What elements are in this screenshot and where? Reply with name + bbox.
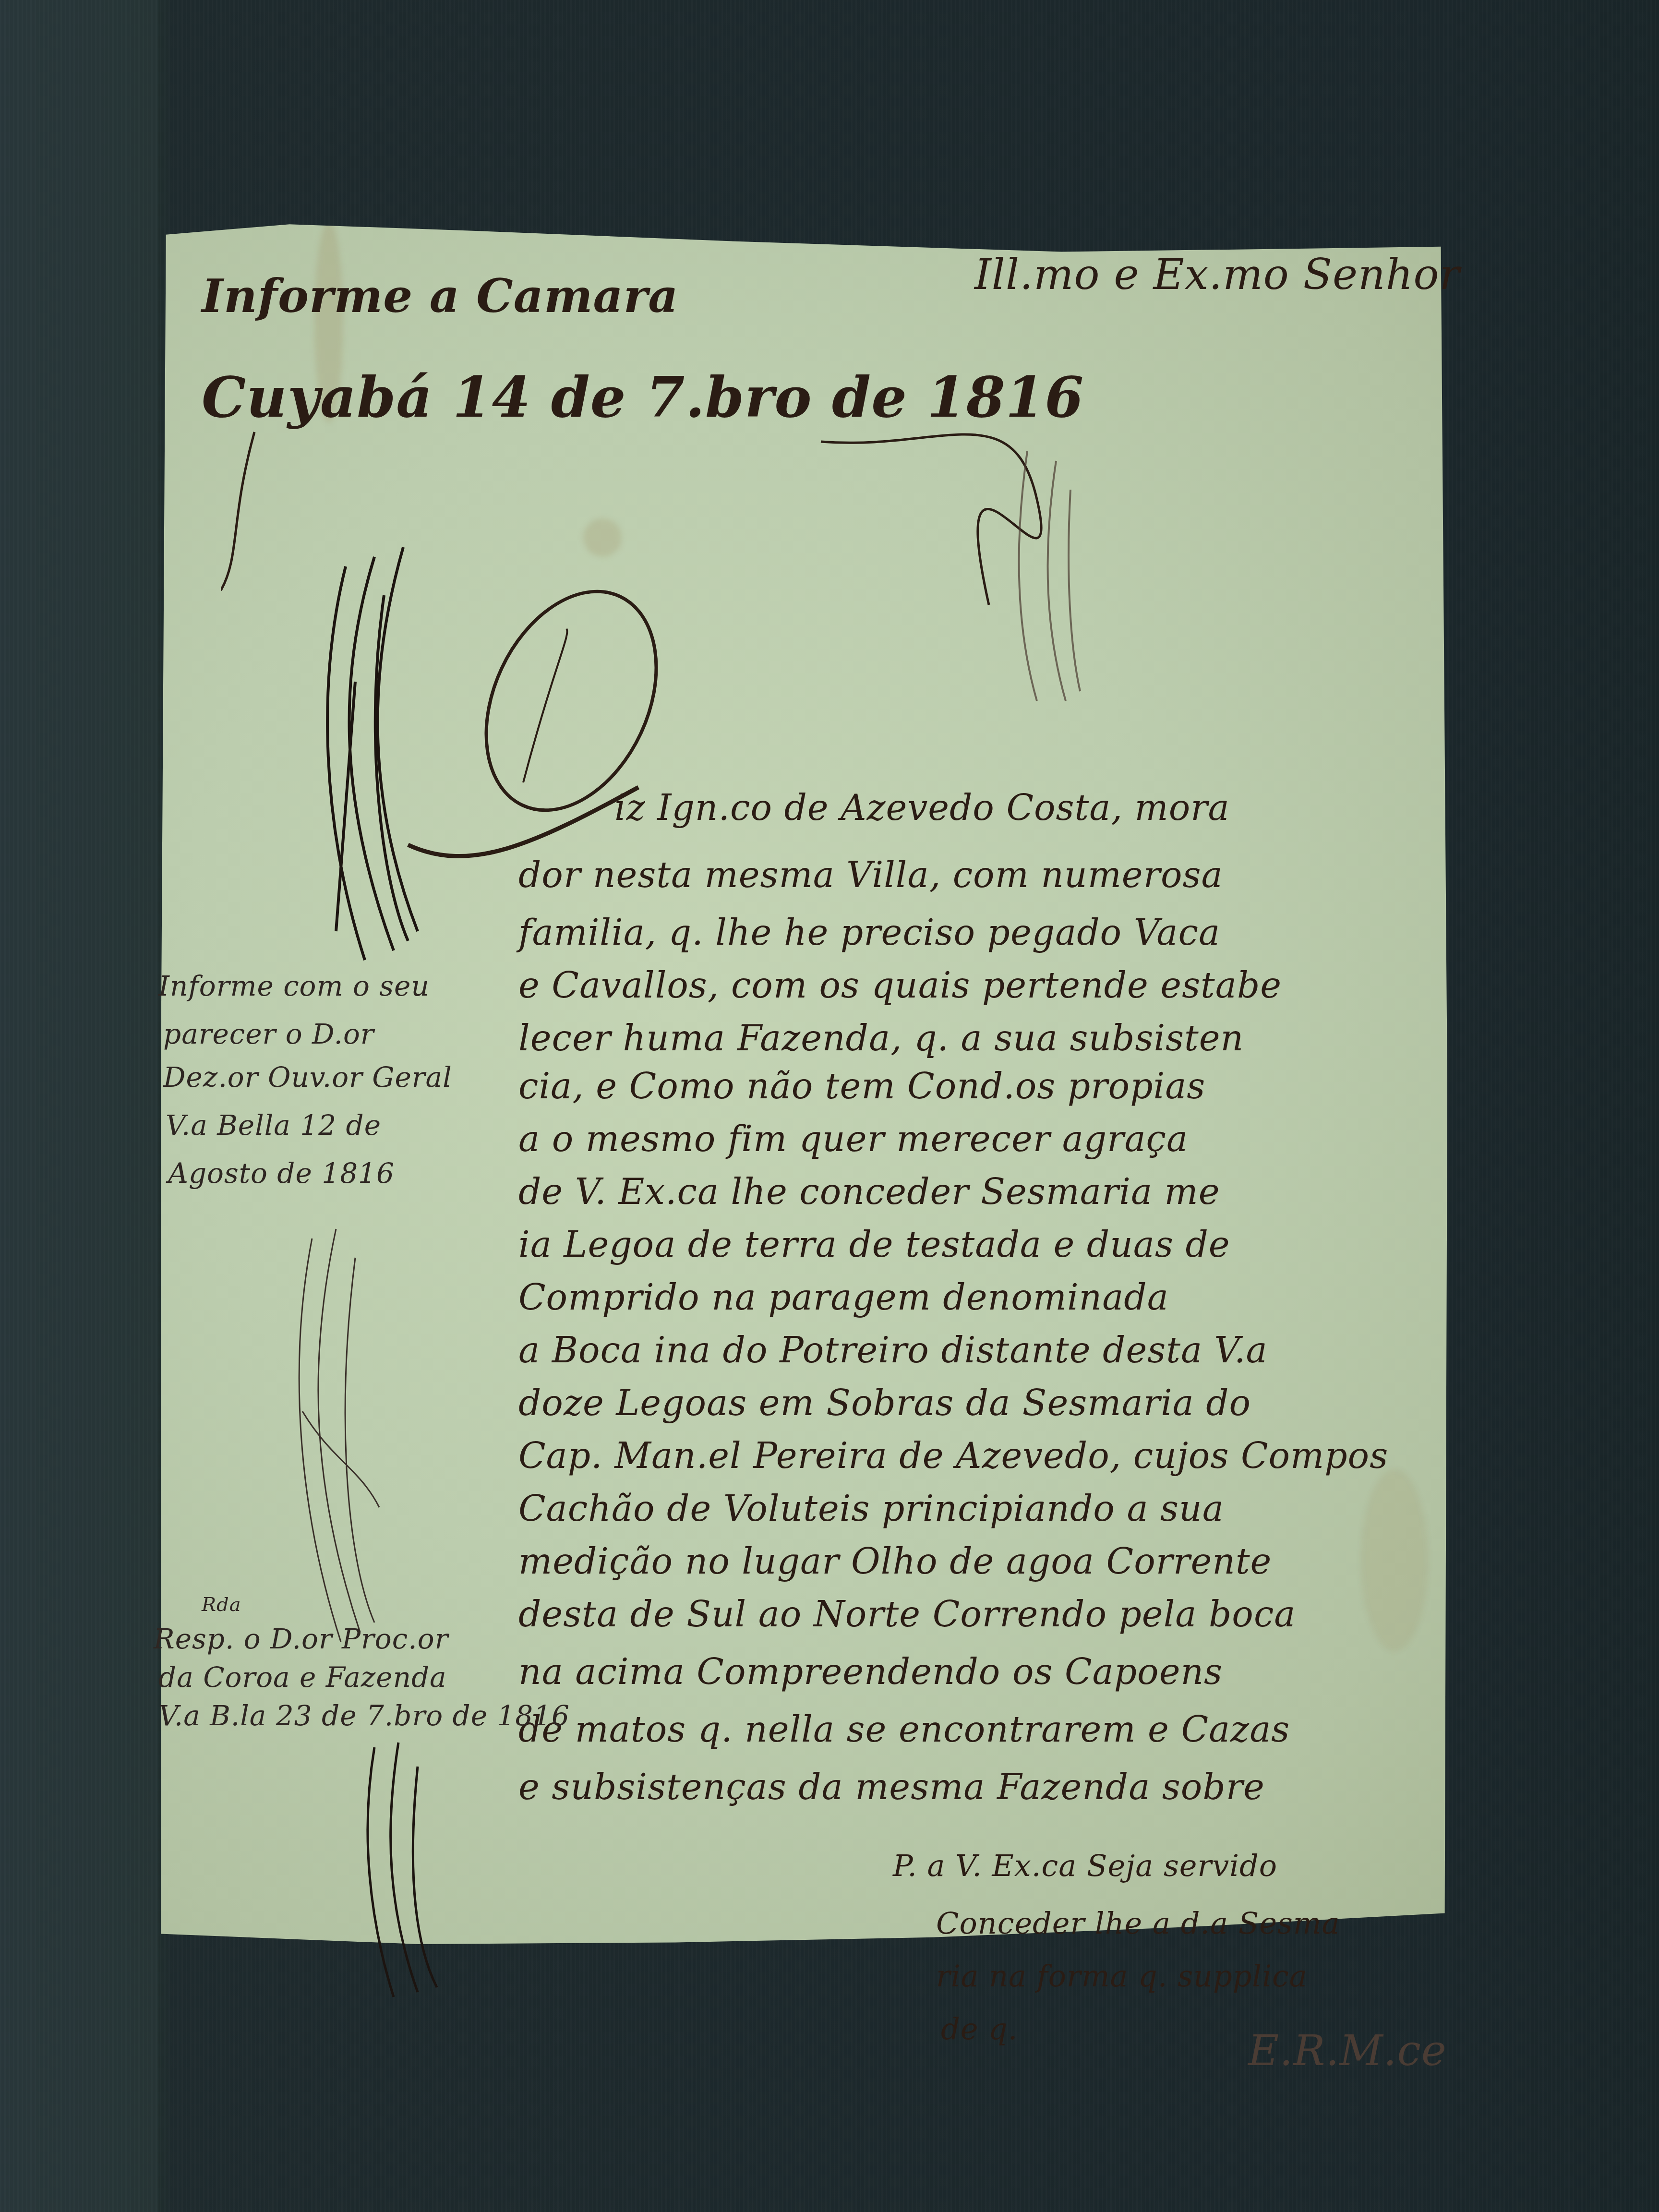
closing-line: Conceder lhe a d.a Sesma — [936, 1906, 1340, 1941]
body-line: de V. Ex.ca lhe conceder Sesmaria me — [518, 1171, 1220, 1213]
closing-line: de q. — [941, 2011, 1018, 2046]
margin-note-line: parecer o D.or — [163, 1018, 374, 1050]
body-line: familia, q. lhe he preciso pegado Vaca — [518, 912, 1220, 953]
body-line: e subsistenças da mesma Fazenda sobre — [518, 1767, 1265, 1808]
body-line: de matos q. nella se encontrarem e Cazas — [518, 1709, 1290, 1750]
margin-note-line: V.a Bella 12 de — [166, 1109, 381, 1142]
body-line: dor nesta mesma Villa, com numerosa — [518, 854, 1223, 896]
margin-note-line: Informe com o seu — [158, 970, 430, 1002]
body-line: cia, e Como não tem Cond.os propias — [518, 1066, 1205, 1107]
margin-note-line: Agosto de 1816 — [168, 1157, 395, 1190]
body-line: lecer huma Fazenda, q. a sua subsisten — [518, 1018, 1244, 1059]
margin-note-line: Rda — [202, 1594, 241, 1616]
margin-note-line: Resp. o D.or Proc.or — [154, 1623, 448, 1655]
margin-note-line: da Coroa e Fazenda — [158, 1661, 447, 1694]
body-line: iz Ign.co de Azevedo Costa, mora — [614, 787, 1230, 829]
body-line: e Cavallos, com os quais pertende estabe — [518, 965, 1282, 1006]
body-line: doze Legoas em Sobras da Sesmaria do — [518, 1382, 1251, 1424]
closing-line: ria na forma q. supplica — [936, 1959, 1308, 1994]
closing-abbreviation: E.R.M.ce — [1248, 2026, 1447, 2075]
closing-line: P. a V. Ex.ca Seja servido — [893, 1848, 1277, 1883]
body-line: Cap. Man.el Pereira de Azevedo, cujos Co… — [518, 1435, 1388, 1477]
body-line: Cachão de Voluteis principiando a sua — [518, 1488, 1224, 1529]
dispatch-line-2: Cuyabá 14 de 7.bro de 1816 — [202, 365, 1084, 430]
body-line: a Boca ina do Potreiro distante desta V.… — [518, 1330, 1268, 1371]
body-line: desta de Sul ao Norte Correndo pela boca — [518, 1594, 1296, 1635]
body-line: na acima Compreendendo os Capoens — [518, 1651, 1223, 1693]
body-line: a o mesmo fim quer merecer agraça — [518, 1118, 1188, 1160]
stain — [1361, 1469, 1428, 1651]
margin-note-line: V.a B.la 23 de 7.bro de 1816 — [158, 1699, 570, 1732]
dispatch-line-1: Informe a Camara — [202, 269, 678, 323]
scanner-bed-left-edge — [0, 0, 158, 2212]
body-line: Comprido na paragem denominada — [518, 1277, 1169, 1318]
salutation: Ill.mo e Ex.mo Senhor — [974, 250, 1460, 299]
body-line: medição no lugar Olho de agoa Corrente — [518, 1541, 1272, 1582]
margin-note-line: Dez.or Ouv.or Geral — [163, 1061, 452, 1094]
stain — [583, 518, 622, 557]
body-line: ia Legoa de terra de testada e duas de — [518, 1224, 1230, 1265]
